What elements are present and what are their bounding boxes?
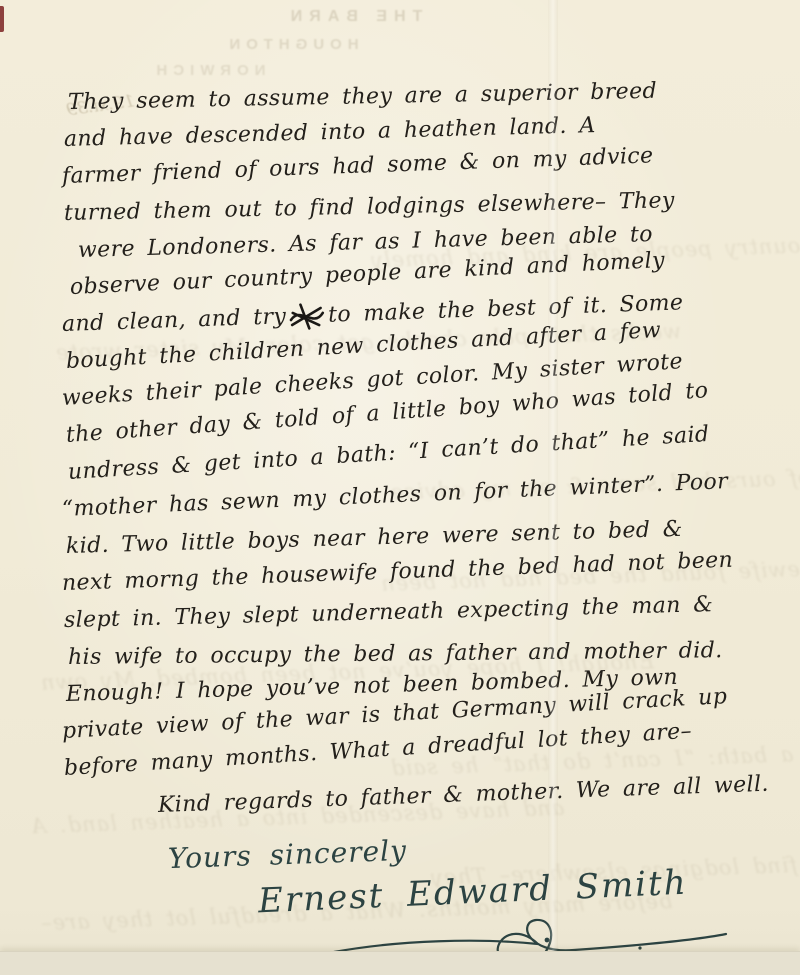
closing-yours-sincerely: Yours sincerely bbox=[167, 834, 407, 875]
letter-body: They seem to assume they are a superior … bbox=[62, 84, 762, 824]
ghost-letterhead-line3: NORWICH bbox=[118, 62, 298, 79]
letter-page: THE BARN HOUGHTON NORWICH 19.xi.39 obser… bbox=[0, 0, 800, 975]
handwritten-text: and clean, and try bbox=[62, 304, 287, 337]
ghost-letterhead-line2: HOUGHTON bbox=[196, 36, 386, 53]
ghost-letterhead-line1: THE BARN bbox=[258, 8, 448, 26]
scribble-strikeout-icon bbox=[289, 302, 326, 331]
scan-bottom-edge bbox=[0, 951, 800, 975]
red-edge-mark bbox=[0, 6, 4, 32]
